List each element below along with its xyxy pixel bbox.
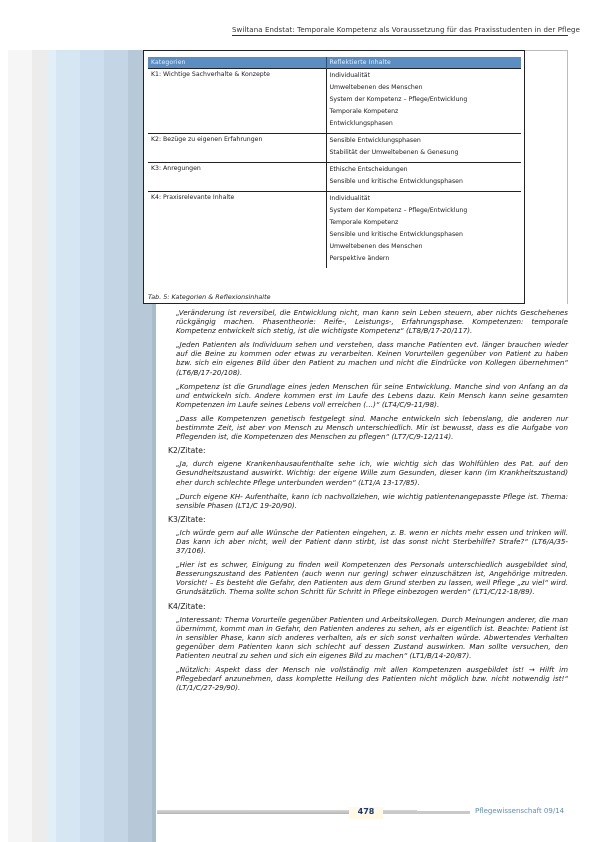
quote-paragraph: „Dass alle Kompetenzen genetisch festgel… (176, 414, 568, 441)
quote-paragraph: „Ja, durch eigene Krankenhausaufenthalte… (176, 459, 568, 486)
contents-cell: IndividualitätUmweltebenen des MenschenS… (326, 69, 521, 134)
content-item: Individualität (330, 71, 519, 83)
content-item: Entwicklungsphasen (330, 119, 519, 131)
contents-cell: Ethische EntscheidungenSensible und krit… (326, 163, 521, 192)
table-row: K4: Praxisrelevante InhalteIndividualitä… (148, 192, 521, 269)
category-cell: K3: Anregungen (148, 163, 326, 192)
quote-paragraph: „Interessant: Thema Vorurteile gegenüber… (176, 615, 568, 660)
quote-paragraph: „Nützlich: Aspekt dass der Mensch nie vo… (176, 665, 568, 692)
stripe (56, 50, 80, 842)
content-item: Perspektive ändern (330, 254, 519, 266)
decorative-side-stripes (8, 50, 158, 842)
quote-paragraph: „Jeden Patienten als Individuum sehen un… (176, 340, 568, 376)
content-item: Sensible und kritische Entwicklungsphase… (330, 230, 519, 242)
contents-cell: IndividualitätSystem der Kompetenz – Pfl… (326, 192, 521, 269)
content-item: Sensible und kritische Entwicklungsphase… (330, 177, 519, 189)
quote-paragraph: „Hier ist es schwer, Einigung zu finden … (176, 560, 568, 596)
category-cell: K2: Bezüge zu eigenen Erfahrungen (148, 134, 326, 163)
table-row: K1: Wichtige Sachverhalte & KonzepteIndi… (148, 69, 521, 134)
quote-paragraph: „Durch eigene KH- Aufenthalte, kann ich … (176, 492, 568, 510)
content-item: Stabilität der Umweltebenen & Genesung (330, 148, 519, 160)
column-header-categories: Kategorien (148, 57, 326, 69)
content-item: System der Kompetenz – Pflege/Entwicklun… (330, 206, 519, 218)
quote-paragraph: „Kompetenz ist die Grundlage eines jeden… (176, 382, 568, 409)
journal-name: Pflegewissenschaft 09/14 (475, 807, 564, 815)
stripe (48, 50, 56, 842)
table-caption: Tab. 5: Kategorien & Reflexionsinhalte (148, 293, 271, 301)
category-cell: K4: Praxisrelevante Inhalte (148, 192, 326, 269)
content-item: Temporale Kompetenz (330, 218, 519, 230)
stripe (80, 50, 104, 842)
contents-cell: Sensible EntwicklungsphasenStabilität de… (326, 134, 521, 163)
footer-rule (380, 811, 470, 814)
section-heading: K3/Zitate: (168, 515, 568, 524)
content-item: Temporale Kompetenz (330, 107, 519, 119)
quote-paragraph: „Ich würde gern auf alle Wünsche der Pat… (176, 528, 568, 555)
content-item: Umweltebenen des Menschen (330, 242, 519, 254)
stripe (32, 50, 48, 842)
content-item: Sensible Entwicklungsphasen (330, 136, 519, 148)
section-heading: K4/Zitate: (168, 602, 568, 611)
table-row: K3: AnregungenEthische EntscheidungenSen… (148, 163, 521, 192)
table-row: K2: Bezüge zu eigenen ErfahrungenSensibl… (148, 134, 521, 163)
stripe (8, 50, 32, 842)
categories-table: Kategorien Reflektierte Inhalte K1: Wich… (148, 57, 521, 268)
table-header-row: Kategorien Reflektierte Inhalte (148, 57, 521, 69)
content-item: Umweltebenen des Menschen (330, 83, 519, 95)
content-item: Individualität (330, 194, 519, 206)
stripe (104, 50, 128, 842)
running-head: Swiltana Endstat: Temporale Kompetenz al… (232, 26, 568, 36)
section-heading: K2/Zitate: (168, 446, 568, 455)
page-number: 478 (349, 807, 383, 819)
body-text: „Veränderung ist reversibel, die Entwick… (176, 308, 568, 697)
content-item: System der Kompetenz – Pflege/Entwicklun… (330, 95, 519, 107)
categories-table-box: Kategorien Reflektierte Inhalte K1: Wich… (143, 50, 525, 304)
quote-paragraph: „Veränderung ist reversibel, die Entwick… (176, 308, 568, 335)
content-item: Ethische Entscheidungen (330, 165, 519, 177)
category-cell: K1: Wichtige Sachverhalte & Konzepte (148, 69, 326, 134)
column-header-contents: Reflektierte Inhalte (326, 57, 521, 69)
table-body: K1: Wichtige Sachverhalte & KonzepteIndi… (148, 69, 521, 269)
